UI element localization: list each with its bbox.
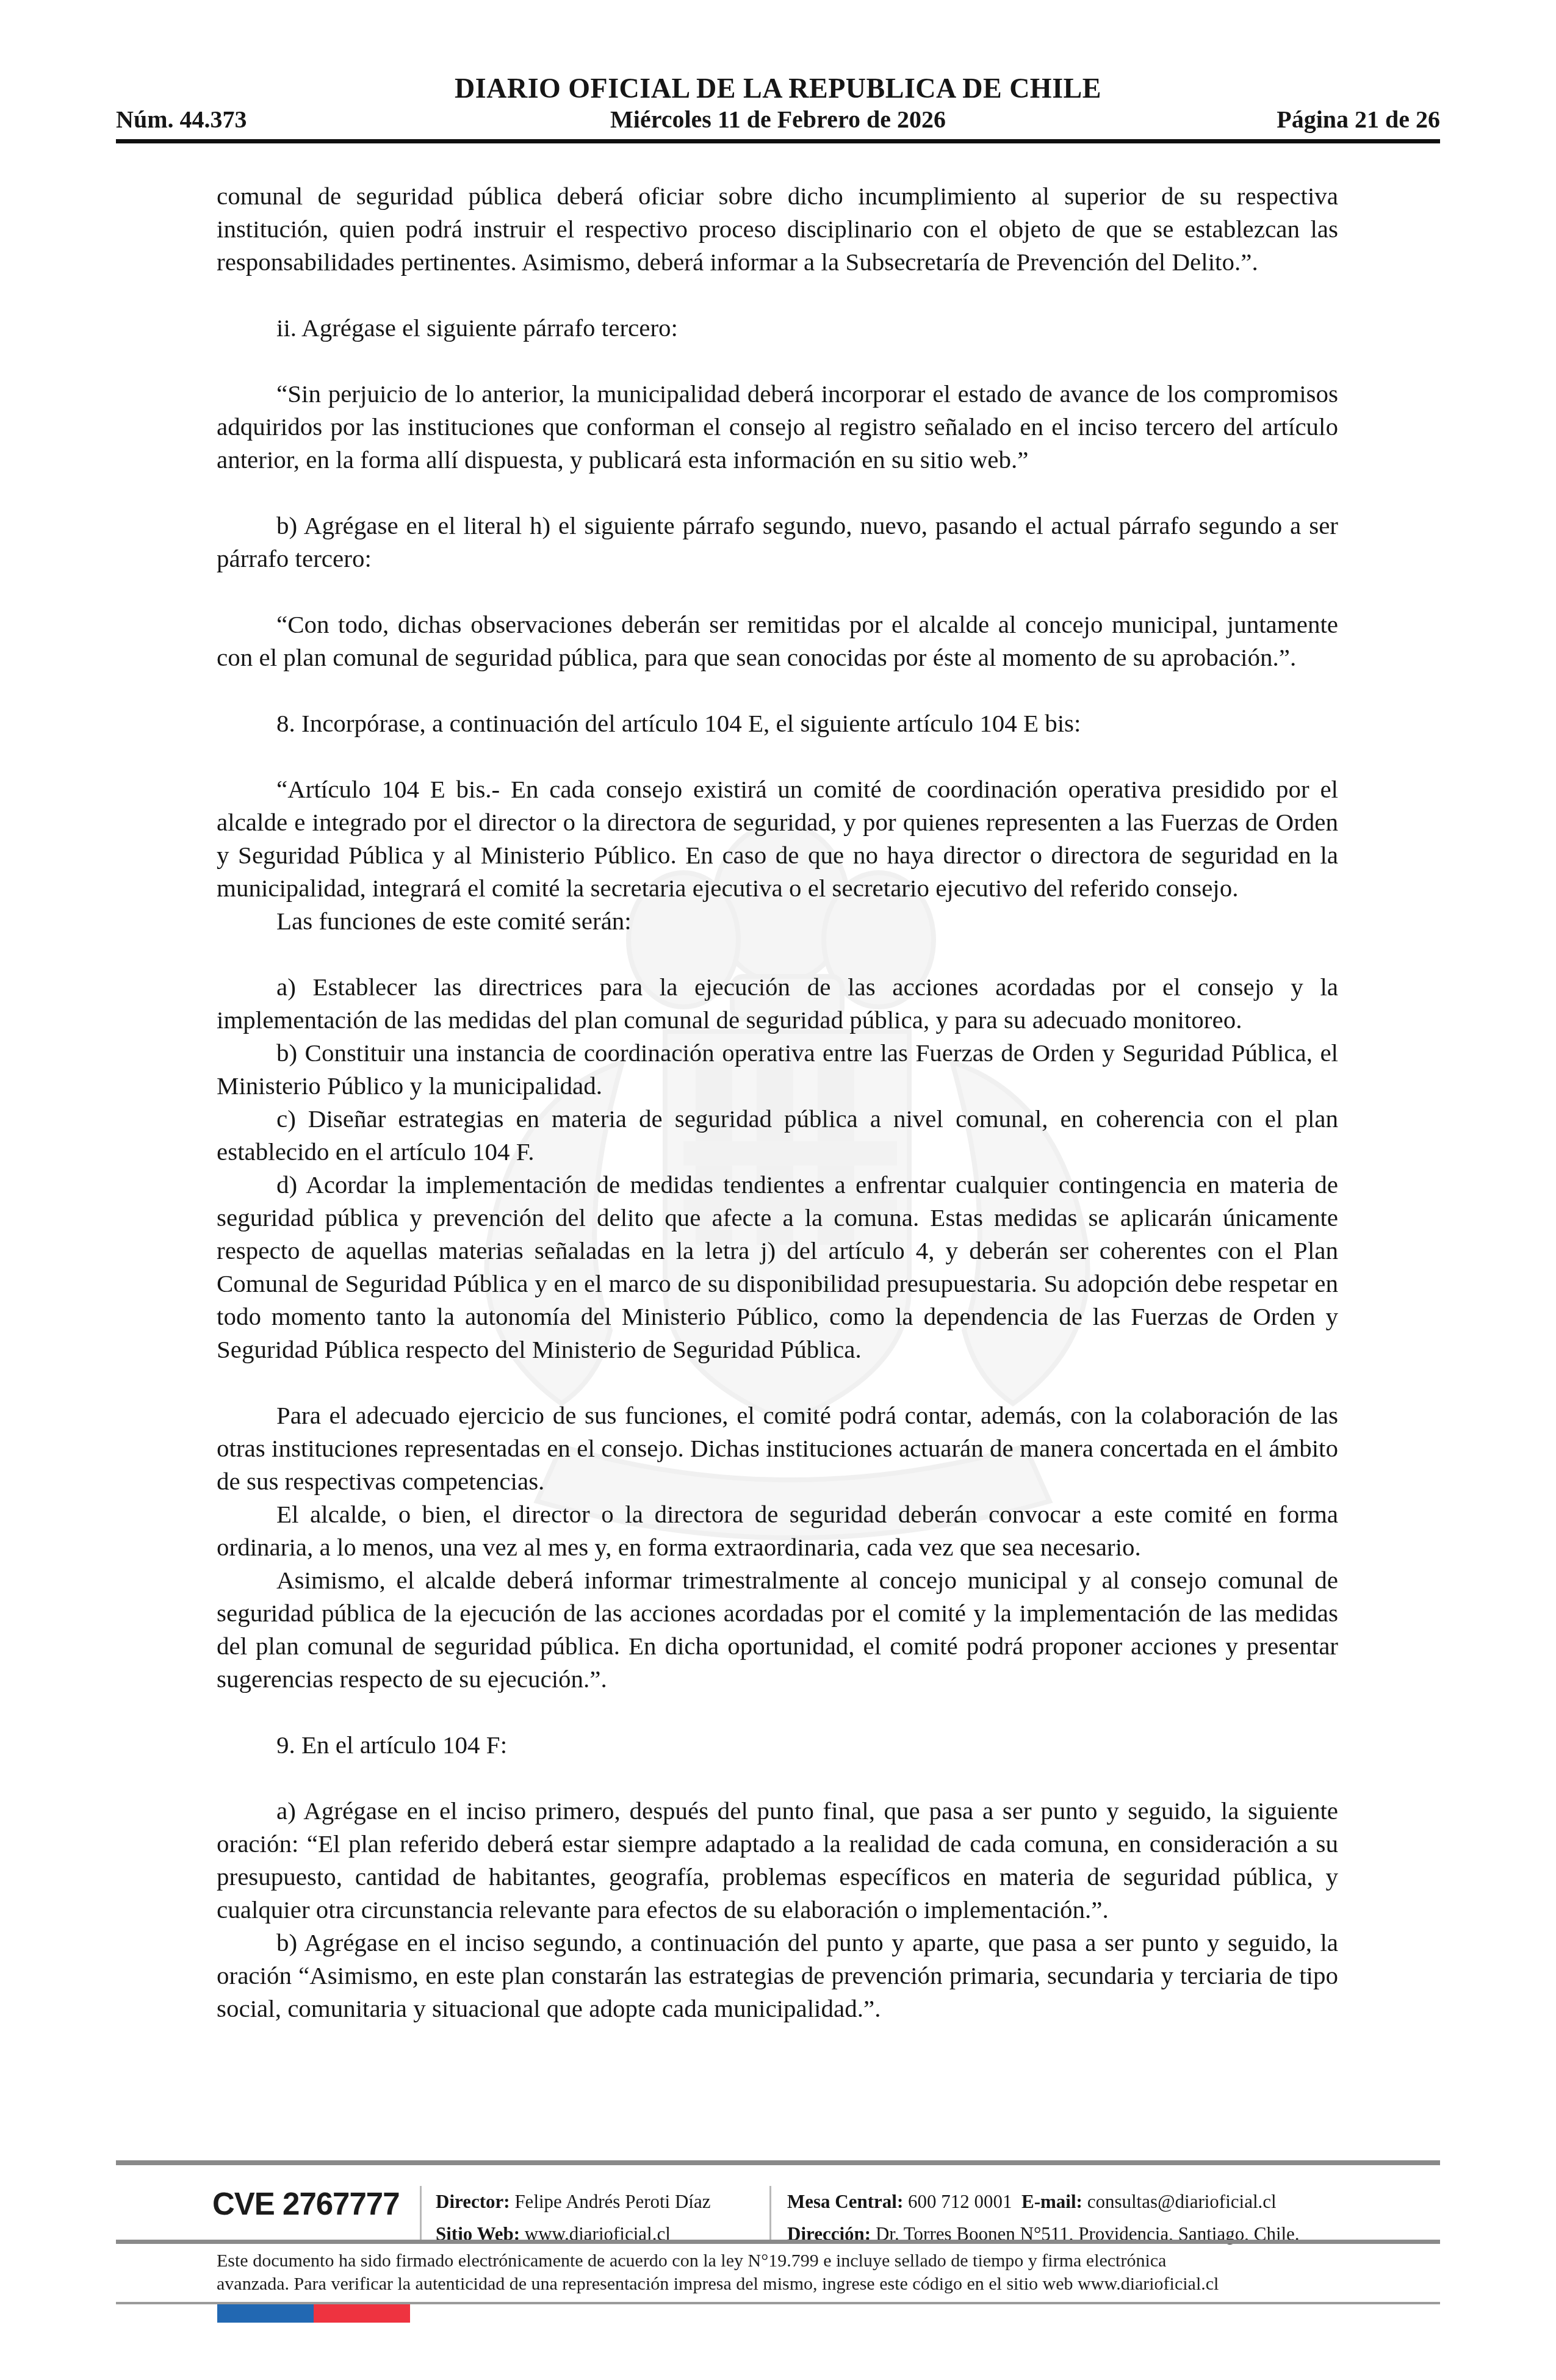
footer-top-bar — [116, 2160, 1440, 2165]
email-label: E-mail: — [1021, 2191, 1082, 2212]
publication-date: Miércoles 11 de Febrero de 2026 — [116, 105, 1440, 134]
mesa-central-label: Mesa Central: — [787, 2191, 903, 2212]
director-line: Director: Felipe Andrés Peroti Díaz — [436, 2185, 711, 2218]
sitio-web-line: Sitio Web: www.diarioficial.cl — [436, 2218, 711, 2250]
body-paragraph-16: 9. En el artículo 104 F: — [217, 1728, 1338, 1761]
cve-code: CVE 2767777 — [212, 2186, 400, 2222]
chile-flag-bar — [217, 2304, 410, 2323]
body-paragraph-2: ii. Agrégase el siguiente párrafo tercer… — [217, 311, 1338, 344]
body-paragraph-6: 8. Incorpórase, a continuación del artíc… — [217, 707, 1338, 740]
fine-print-line-2: avanzada. Para verificar la autenticidad… — [217, 2273, 1376, 2296]
body-paragraph-15: Asimismo, el alcalde deberá informar tri… — [217, 1563, 1338, 1695]
body-paragraph-5: “Con todo, dichas observaciones deberán … — [217, 608, 1338, 674]
body-paragraph-13: Para el adecuado ejercicio de sus funcio… — [217, 1399, 1338, 1498]
director-label: Director: — [436, 2191, 510, 2212]
document-body: comunal de seguridad pública deberá ofic… — [217, 179, 1338, 2025]
mesa-central-line: Mesa Central: 600 712 0001 E-mail: consu… — [787, 2185, 1300, 2218]
body-paragraph-3: “Sin perjuicio de lo anterior, la munici… — [217, 377, 1338, 476]
flag-red-half — [314, 2304, 410, 2323]
body-paragraph-14: El alcalde, o bien, el director o la dir… — [217, 1498, 1338, 1563]
page: DIARIO OFICIAL DE LA REPUBLICA DE CHILE … — [0, 0, 1556, 2380]
body-paragraph-18: b) Agrégase en el inciso segundo, a cont… — [217, 1926, 1338, 2025]
publication-title: DIARIO OFICIAL DE LA REPUBLICA DE CHILE — [0, 72, 1556, 104]
page-number: Página 21 de 26 — [1277, 105, 1440, 134]
body-paragraph-10: b) Constituir una instancia de coordinac… — [217, 1036, 1338, 1102]
body-paragraph-17: a) Agrégase en el inciso primero, despué… — [217, 1794, 1338, 1926]
body-paragraph-8: Las funciones de este comité serán: — [217, 904, 1338, 937]
mesa-central-value: 600 712 0001 — [908, 2191, 1012, 2212]
legal-fine-print: Este documento ha sido firmado electróni… — [217, 2249, 1376, 2296]
flag-blue-half — [217, 2304, 314, 2323]
body-paragraph-1: comunal de seguridad pública deberá ofic… — [217, 179, 1338, 278]
direccion-line: Dirección: Dr. Torres Boonen N°511, Prov… — [787, 2218, 1300, 2250]
footer-middle-bar — [116, 2240, 1440, 2244]
body-paragraph-9: a) Establecer las directrices para la ej… — [217, 970, 1338, 1036]
header-rule — [116, 139, 1440, 143]
director-value: Felipe Andrés Peroti Díaz — [514, 2191, 710, 2212]
header-row: Núm. 44.373 Miércoles 11 de Febrero de 2… — [116, 105, 1440, 135]
body-paragraph-11: c) Diseñar estrategias en materia de seg… — [217, 1102, 1338, 1168]
footer-divider-1 — [420, 2186, 422, 2242]
body-paragraph-7: “Artículo 104 E bis.- En cada consejo ex… — [217, 773, 1338, 904]
email-value: consultas@diarioficial.cl — [1087, 2191, 1277, 2212]
body-paragraph-4: b) Agrégase en el literal h) el siguient… — [217, 509, 1338, 575]
fine-print-line-1: Este documento ha sido firmado electróni… — [217, 2249, 1376, 2273]
body-paragraph-12: d) Acordar la implementación de medidas … — [217, 1168, 1338, 1366]
footer-divider-2 — [769, 2186, 771, 2242]
